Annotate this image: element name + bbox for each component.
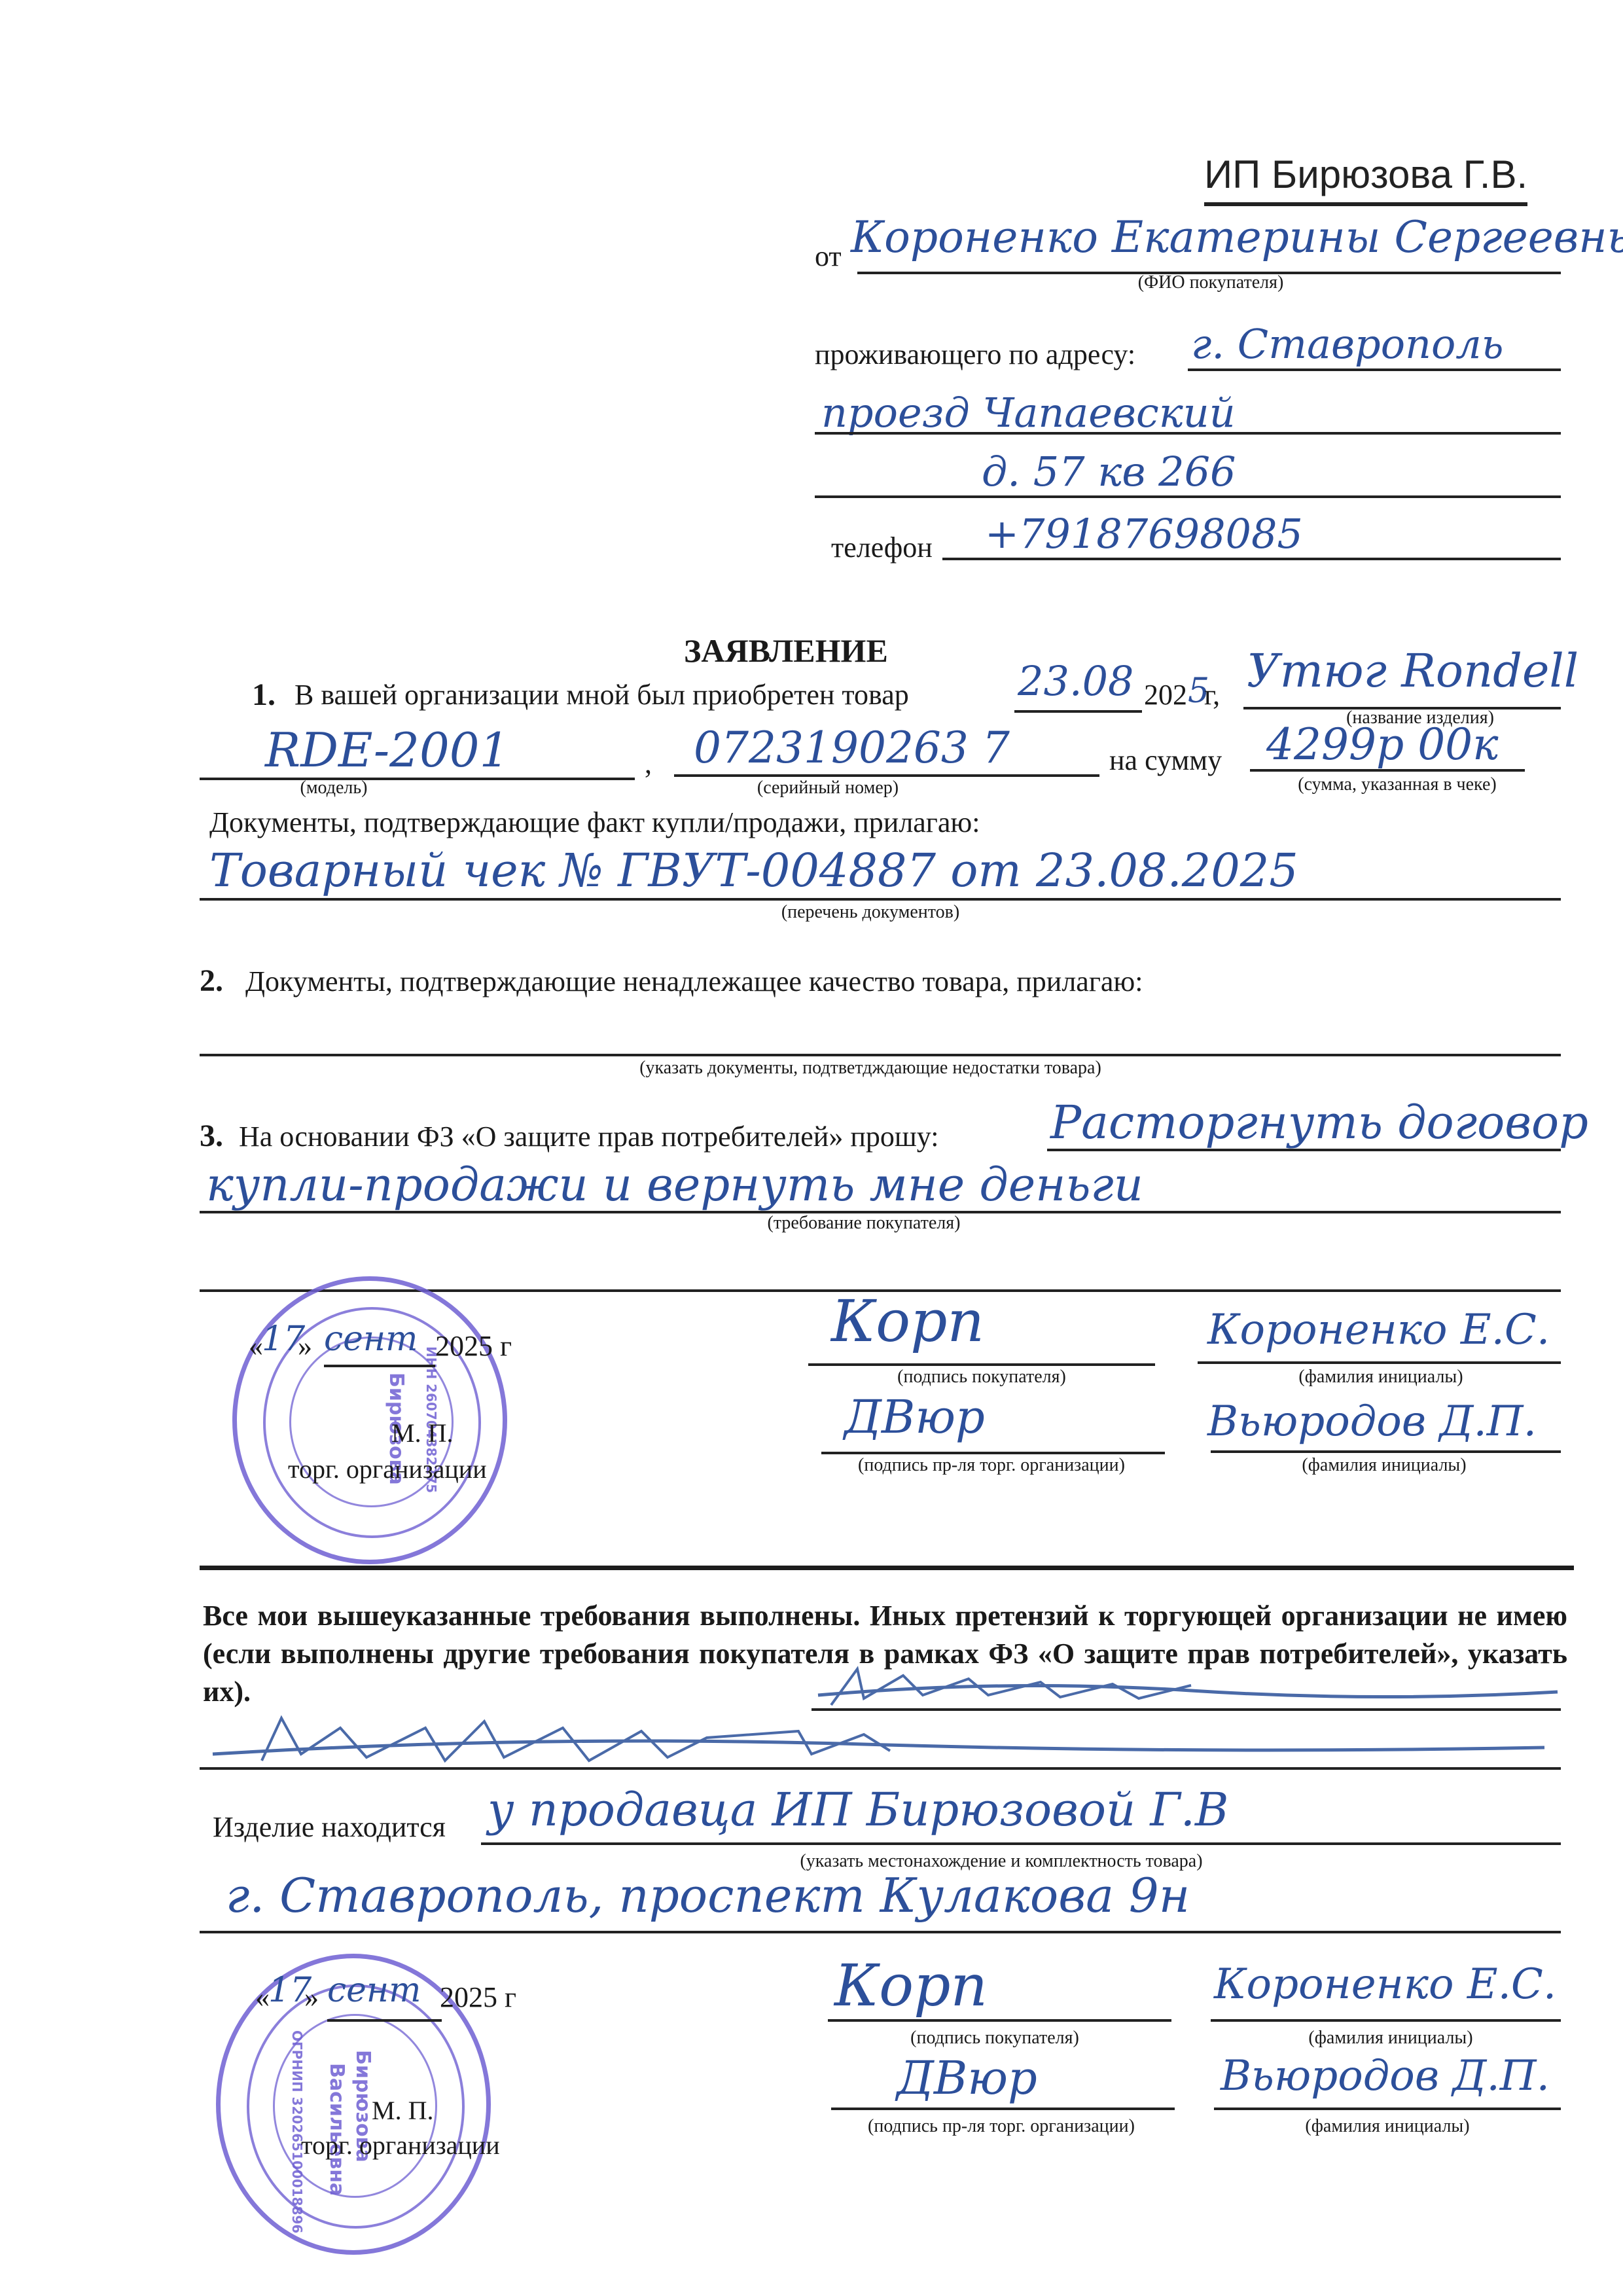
date2-close-quote: » [304, 1983, 319, 2012]
seller-signature-underline-2 [831, 2108, 1175, 2110]
address-underline-3 [815, 495, 1561, 498]
product-name-field[interactable]: Утюг Rondell [1247, 648, 1578, 694]
sum-underline [1250, 769, 1525, 772]
year-unit: г, [1204, 681, 1220, 709]
date2-open-quote: « [255, 1983, 270, 2012]
mp-label-2: М. П. [372, 2098, 433, 2124]
fulfilled-strikeout-1 [811, 1666, 1564, 1712]
location-line2-field[interactable]: г. Ставрополь, проспект Кулакова 9н [226, 1872, 1190, 1919]
defect-docs-hint: (указать документы, подтветдждающие недо… [589, 1059, 1152, 1077]
buyer-signature-2[interactable]: Корп [834, 1957, 988, 2015]
location-underline-2 [200, 1931, 1561, 1933]
sum-hint: (сумма, указанная в чеке) [1276, 776, 1518, 794]
model-field[interactable]: RDE-2001 [265, 726, 509, 774]
fulfilled-strikeout-2 [209, 1715, 1551, 1767]
seller-signature-hint-2: (подпись пр-ля торг. организации) [838, 2117, 1165, 2136]
seller-name-underline-1 [1211, 1450, 1561, 1453]
mp-org-label-2: торг. организации [301, 2132, 500, 2159]
address-line1-field[interactable]: г. Ставрополь [1191, 324, 1504, 365]
address-underline-1 [1188, 368, 1561, 371]
stamp-name-2: Васильевна [325, 2063, 348, 2196]
date1-close-quote: » [298, 1332, 312, 1361]
location-line1-field[interactable]: у продавца ИП Бирюзовой Г.В [488, 1787, 1228, 1833]
purchase-docs-field[interactable]: Товарный чек № ГВУТ-004887 от 23.08.2025 [209, 848, 1298, 893]
demand-line2-field[interactable]: купли-продажи и вернуть мне деньги [206, 1162, 1143, 1208]
purchase-docs-hint: (перечень документов) [753, 903, 988, 922]
purchase-docs-underline [200, 898, 1561, 901]
model-hint: (модель) [281, 779, 386, 797]
phone-underline [942, 558, 1561, 560]
address-underline-2 [815, 432, 1561, 435]
addressee: ИП Бирюзова Г.В. [1204, 152, 1527, 206]
seller-name-2[interactable]: Вьюродов Д.П. [1221, 2055, 1550, 2097]
model-underline [200, 778, 635, 780]
location-underline-1 [481, 1842, 1561, 1845]
serial-number-field[interactable]: 0723190263 7 [694, 726, 1010, 770]
seller-signature-2[interactable]: ДВюр [897, 2055, 1037, 2101]
buyer-name-underline-1 [1198, 1361, 1561, 1364]
date1-month-field[interactable]: сент [324, 1322, 418, 1356]
date2-month-underline [327, 2019, 442, 2022]
from-label: от [815, 242, 842, 271]
serial-underline [674, 774, 1099, 777]
sum-label: на сумму [1109, 746, 1222, 775]
seller-signature-1[interactable]: ДВюр [844, 1394, 985, 1440]
section3-number: 3. [200, 1121, 223, 1152]
date1-year: 2025 г [435, 1332, 512, 1361]
buyer-signature-1[interactable]: Корп [831, 1293, 984, 1350]
seller-signature-hint-1: (подпись пр-ля торг. организации) [828, 1456, 1155, 1475]
phone-label: телефон [831, 533, 933, 562]
document-title: ЗАЯВЛЕНИЕ [684, 632, 888, 670]
buyer-signature-hint-1: (подпись покупателя) [883, 1368, 1080, 1386]
serial-hint: (серийный номер) [720, 779, 936, 797]
buyer-name-underline-2 [1211, 2019, 1561, 2022]
date1-open-quote: « [249, 1332, 263, 1361]
fulfilled-underline-2 [200, 1767, 1561, 1770]
purchase-date-field[interactable]: 23.08 [1018, 661, 1134, 702]
seller-name-hint-2: (фамилия инициалы) [1289, 2117, 1486, 2136]
buyer-name-hint-1: (фамилия инициалы) [1283, 1368, 1479, 1386]
date2-year: 2025 г [440, 1983, 516, 2012]
demand-line1-field[interactable]: Расторгнуть договор [1050, 1100, 1588, 1145]
seller-name-1[interactable]: Вьюродов Д.П. [1207, 1401, 1537, 1443]
section-divider [200, 1566, 1574, 1570]
buyer-signature-underline-2 [828, 2019, 1171, 2022]
buyer-name-hint-2: (фамилия инициалы) [1293, 2029, 1489, 2047]
purchase-docs-label: Документы, подтверждающие факт купли/про… [209, 808, 980, 837]
section1-text: В вашей организации мной был приобретен … [294, 681, 909, 709]
buyer-signature-hint-2: (подпись покупателя) [897, 2029, 1093, 2047]
defect-docs-underline [200, 1054, 1561, 1056]
date1-month-underline [324, 1365, 435, 1367]
year-prefix: 202 [1144, 681, 1187, 709]
date2-month-field[interactable]: сент [327, 1973, 421, 2007]
address-line2-field[interactable]: проезд Чапаевский [821, 393, 1236, 433]
phone-field[interactable]: +79187698085 [985, 514, 1303, 554]
purchase-date-underline [1014, 710, 1142, 713]
address-line3-field[interactable]: д. 57 кв 266 [982, 452, 1236, 492]
model-serial-comma: , [645, 749, 652, 778]
from-hint: (ФИО покупателя) [1113, 274, 1309, 292]
buyer-name-1[interactable]: Короненко Е.С. [1207, 1309, 1550, 1351]
seller-signature-underline-1 [821, 1452, 1165, 1454]
seller-name-underline-2 [1214, 2108, 1561, 2110]
buyer-signature-underline-1 [808, 1363, 1155, 1366]
mp-org-label-1: торг. организации [288, 1456, 487, 1482]
section3-text: На основании ФЗ «О защите прав потребите… [239, 1122, 938, 1151]
section1-number: 1. [252, 679, 276, 711]
buyer-fullname-field[interactable]: Короненко Екатерины Сергеевны [851, 216, 1623, 259]
sum-field[interactable]: 4299р 00к [1266, 723, 1499, 766]
buyer-name-2[interactable]: Короненко Е.С. [1214, 1964, 1556, 2005]
mp-label-1: М. П. [391, 1420, 453, 1446]
location-label: Изделие находится [213, 1813, 446, 1842]
demand-underline-1 [1047, 1149, 1561, 1151]
section2-number: 2. [200, 965, 223, 997]
seller-name-hint-1: (фамилия инициалы) [1286, 1456, 1482, 1475]
address-label: проживающего по адресу: [815, 340, 1135, 369]
section2-text: Документы, подтверждающие ненадлежащее к… [245, 967, 1143, 996]
demand-hint: (требование покупателя) [746, 1214, 982, 1232]
